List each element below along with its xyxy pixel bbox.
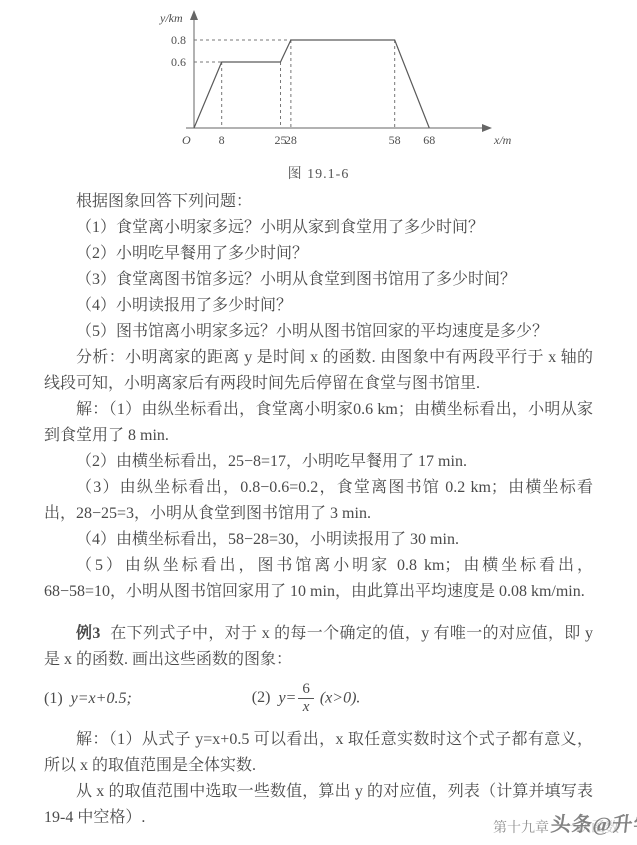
page-body-continued: 解：（1）从式子 y=x+0.5 可以看出，x 取任意实数时这个式子都有意义，所… [0, 727, 637, 831]
y-axis-title: y/km [159, 11, 183, 25]
distance-time-graph: y/kmx/minO0.60.8825285868 [142, 6, 512, 156]
fraction-denominator: x [298, 699, 314, 716]
equations-row: (1)y=x+0.5; (2)y=6x (x>0). [0, 681, 637, 717]
fraction-numerator: 6 [298, 681, 314, 699]
origin-label: O [182, 133, 191, 147]
x-tick-label: 28 [285, 133, 297, 147]
footer-watermark: 头条@升学帮 [549, 808, 637, 837]
example3-label: 例3 [76, 625, 100, 642]
fraction: 6x [298, 681, 314, 717]
x-tick-label: 58 [389, 133, 401, 147]
analysis-paragraph: 分析：小明离家的距离 y 是时间 x 的函数. 由图象中有两段平行于 x 轴的线… [44, 345, 593, 397]
page-footer: 第十九章一次函数头条@升学帮 [493, 817, 619, 837]
solution-step: （5）由纵坐标看出，图书馆离小明家 0.8 km；由横坐标看出，68−58=10… [44, 553, 593, 605]
x-tick-label: 8 [219, 133, 225, 147]
solution-step: 解：（1）由纵坐标看出，食堂离小明家0.6 km；由横坐标看出，小明从家到食堂用… [44, 397, 593, 449]
section-gap [44, 605, 593, 621]
questions-intro: 根据图象回答下列问题： [44, 189, 593, 215]
equation-2-condition: (x>0). [320, 689, 361, 706]
equation-2: (2)y=6x (x>0). [252, 681, 361, 717]
equation-1-label: (1) [44, 690, 63, 707]
equation-2-prefix: y= [278, 689, 296, 706]
x-tick-label: 68 [423, 133, 435, 147]
x-axis-title: x/min [493, 133, 512, 147]
question-item: （1）食堂离小明家多远？小明从家到食堂用了多少时间？ [44, 215, 593, 241]
example3-solution-1: 解：（1）从式子 y=x+0.5 可以看出，x 取任意实数时这个式子都有意义，所… [44, 727, 593, 779]
solution-step: （2）由横坐标看出，25−8=17，小明吃早餐用了 17 min. [44, 449, 593, 475]
page-body: 根据图象回答下列问题： （1）食堂离小明家多远？小明从家到食堂用了多少时间？ （… [0, 183, 637, 673]
equation-2-label: (2) [252, 689, 271, 706]
graph-line [194, 40, 429, 128]
textbook-page: y/kmx/minO0.60.8825285868 图 19.1-6 根据图象回… [0, 0, 637, 845]
figure-caption: 图 19.1-6 [0, 163, 637, 183]
example3-intro: 例3在下列式子中，对于 x 的每一个确定的值，y 有唯一的对应值，即 y 是 x… [44, 621, 593, 673]
question-item: （2）小明吃早餐用了多少时间？ [44, 241, 593, 267]
solution-step: （3）由纵坐标看出，0.8−0.6=0.2，食堂离图书馆 0.2 km；由横坐标… [44, 475, 593, 527]
example3-intro-text: 在下列式子中，对于 x 的每一个确定的值，y 有唯一的对应值，即 y 是 x 的… [44, 625, 593, 668]
footer-chapter: 第十九章 [493, 821, 549, 836]
figure-block: y/kmx/minO0.60.8825285868 图 19.1-6 [0, 0, 637, 183]
x-axis-arrow [482, 124, 492, 132]
y-tick-label: 0.8 [171, 33, 186, 47]
question-item: （4）小明读报用了多少时间？ [44, 293, 593, 319]
equation-1: (1)y=x+0.5; [44, 690, 132, 708]
footer-section-wrap: 一次函数头条@升学帮 [563, 817, 619, 837]
solution-step: （4）由横坐标看出，58−28=30，小明读报用了 30 min. [44, 527, 593, 553]
y-tick-label: 0.6 [171, 55, 186, 69]
equation-1-formula: y=x+0.5; [71, 690, 132, 707]
question-item: （5）图书馆离小明家多远？小明从图书馆回家的平均速度是多少？ [44, 319, 593, 345]
y-axis-arrow [190, 10, 198, 20]
question-item: （3）食堂离图书馆多远？小明从食堂到图书馆用了多少时间？ [44, 267, 593, 293]
